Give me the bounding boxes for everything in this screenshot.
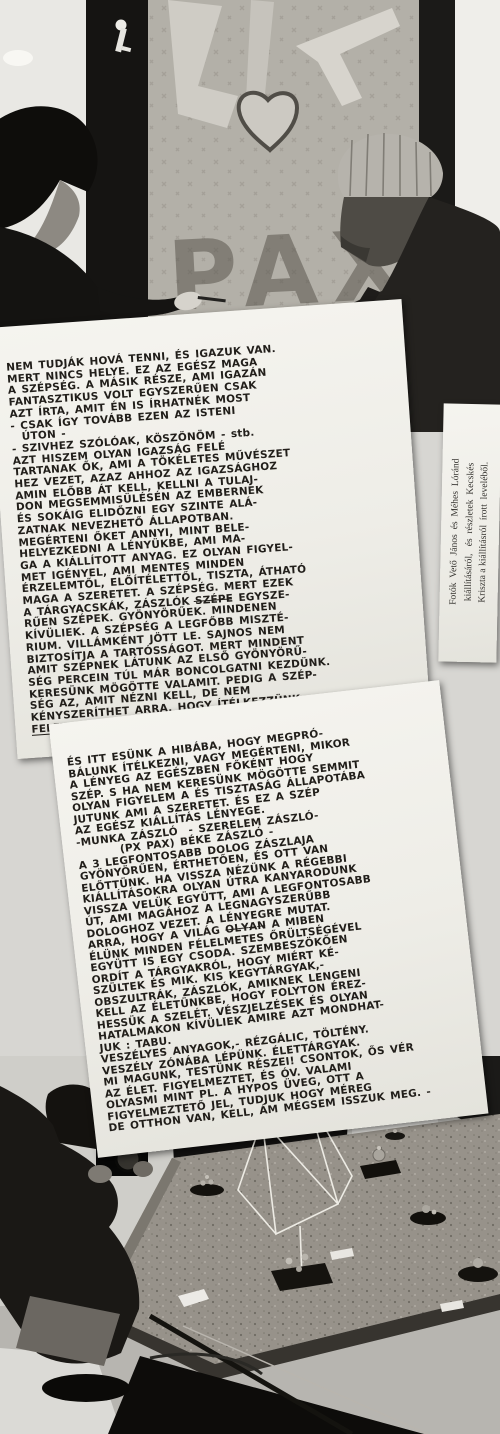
caption-strip: Fotók Vető János és Méhes Lórándkiállítá… [438,403,500,662]
scanned-page: { "photo_top": { "banner_text": "PAX" },… [0,0,500,1434]
photo-caption: Fotók Vető János és Méhes Lórándkiállítá… [440,403,500,660]
photographer-shoe [42,1374,130,1402]
photographer-hand [133,1161,153,1177]
photographer-hand [88,1165,112,1183]
wall-splotch [3,50,33,66]
handwritten-note-2: ÉS ITT ESÜNK A HIBÁBA, HOGY MEGPRÓ-BÁLUN… [49,680,489,1157]
